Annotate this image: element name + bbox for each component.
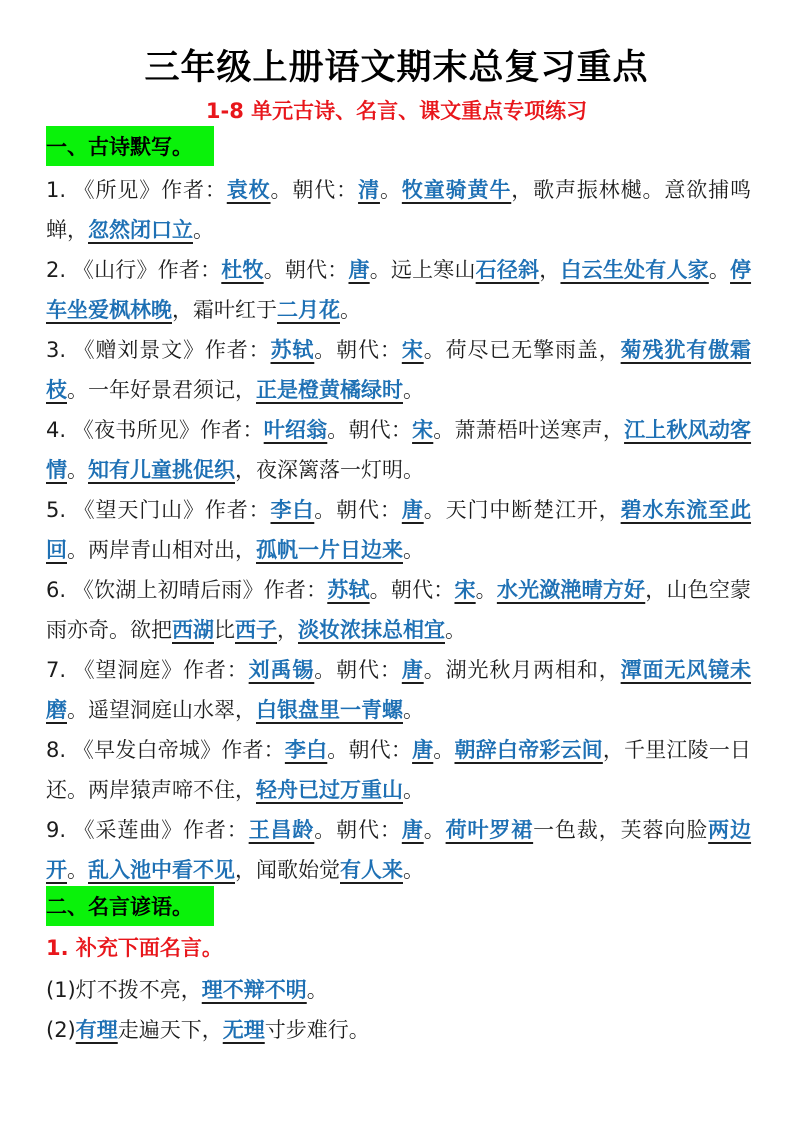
prompt-text: 。: [476, 578, 497, 602]
prompt-text: 。荷尽已无擎雨盖，: [424, 338, 621, 362]
poem-author: 李白: [271, 498, 315, 522]
dynasty-label: 。朝代：: [314, 498, 402, 522]
answer-text: 西湖: [172, 618, 214, 642]
prompt-text: 。萧萧梧叶送寒声，: [433, 418, 624, 442]
prompt-text: ，: [539, 258, 560, 282]
poem-title: 3. 《赠刘景文》作者：: [46, 338, 271, 362]
poem-item: 1. 《所见》作者：袁枚。朝代：清。牧童骑黄牛，歌声振林樾。意欲捕鸣蝉，忽然闭口…: [46, 170, 751, 250]
answer-text: 有理: [76, 1018, 118, 1042]
prompt-text: 。: [403, 538, 424, 562]
section-header-poems: 一、古诗默写。: [46, 126, 214, 166]
answer-text: 西子: [235, 618, 277, 642]
prompt-text: 。: [193, 218, 214, 242]
dynasty-label: 。朝代：: [370, 578, 455, 602]
poem-item: 8. 《早发白帝城》作者：李白。朝代：唐。朝辞白帝彩云间，千里江陵一日还。两岸猿…: [46, 730, 751, 810]
poem-dynasty: 唐: [348, 258, 369, 282]
prompt-text: 。: [403, 778, 424, 802]
answer-text: 正是橙黄橘绿时: [256, 378, 403, 402]
dynasty-label: 。朝代：: [314, 818, 402, 842]
dynasty-label: 。朝代：: [327, 418, 412, 442]
answer-text: 乱入池中看不见: [88, 858, 235, 882]
prompt-text: ，: [277, 618, 298, 642]
poem-dynasty: 清: [358, 178, 380, 202]
document-subtitle: 1-8 单元古诗、名言、课文重点专项练习: [0, 95, 793, 125]
poem-dynasty: 宋: [412, 418, 433, 442]
section-header-sayings: 二、名言谚语。: [46, 886, 214, 926]
answer-text: 朝辞白帝彩云间: [454, 738, 602, 762]
prompt-text: 。遥望洞庭山水翠，: [67, 698, 256, 722]
poem-author: 王昌龄: [249, 818, 315, 842]
answer-text: 轻舟已过万重山: [256, 778, 403, 802]
answer-text: 有人来: [340, 858, 403, 882]
prompt-text: 。: [67, 858, 88, 882]
dynasty-label: 。朝代：: [271, 178, 359, 202]
poem-item: 3. 《赠刘景文》作者：苏轼。朝代：宋。荷尽已无擎雨盖，菊残犹有傲霜枝。一年好景…: [46, 330, 751, 410]
poem-author: 苏轼: [271, 338, 315, 362]
prompt-text: 比: [214, 618, 235, 642]
answer-text: 理不辩不明: [202, 978, 307, 1002]
dynasty-label: 。朝代：: [327, 738, 412, 762]
poem-dynasty: 宋: [454, 578, 475, 602]
prompt-text: 。: [67, 458, 88, 482]
poem-dynasty: 唐: [412, 738, 433, 762]
poem-item: 4. 《夜书所见》作者：叶绍翁。朝代：宋。萧萧梧叶送寒声，江上秋风动客情。知有儿…: [46, 410, 751, 490]
prompt-text: 。: [445, 618, 466, 642]
poem-dynasty: 唐: [402, 498, 424, 522]
poem-author: 袁枚: [227, 178, 271, 202]
poem-title: 5. 《望天门山》作者：: [46, 498, 271, 522]
document-title: 三年级上册语文期末总复习重点: [0, 40, 793, 90]
answer-text: 白云生处有人家: [560, 258, 708, 282]
prompt-text: ，霜叶红于: [172, 298, 277, 322]
prompt-text: 走遍天下，: [118, 1018, 223, 1042]
poem-item: 5. 《望天门山》作者：李白。朝代：唐。天门中断楚江开，碧水东流至此回。两岸青山…: [46, 490, 751, 570]
answer-text: 水光潋滟晴方好: [497, 578, 645, 602]
poem-title: 2. 《山行》作者：: [46, 258, 221, 282]
prompt-text: ，夜深篱落一灯明。: [235, 458, 424, 482]
prompt-text: 。: [380, 178, 402, 202]
prompt-text: 。: [709, 258, 730, 282]
prompt-text: 。: [424, 818, 446, 842]
poem-author: 苏轼: [327, 578, 369, 602]
answer-text: 牧童骑黄牛: [402, 178, 511, 202]
prompt-text: 。: [403, 858, 424, 882]
prompt-text: 。天门中断楚江开，: [424, 498, 621, 522]
prompt-text: 。: [307, 978, 328, 1002]
prompt-text: (1)灯不拨不亮，: [46, 978, 202, 1002]
saying-item: (2)有理走遍天下，无理寸步难行。: [46, 1010, 370, 1050]
dynasty-label: 。朝代：: [314, 658, 402, 682]
poem-author: 刘禹锡: [249, 658, 315, 682]
prompt-text: 。两岸青山相对出，: [67, 538, 256, 562]
poem-title: 4. 《夜书所见》作者：: [46, 418, 264, 442]
answer-text: 无理: [223, 1018, 265, 1042]
answer-text: 忽然闭口立: [88, 218, 193, 242]
prompt-text: 寸步难行。: [265, 1018, 370, 1042]
poem-item: 7. 《望洞庭》作者：刘禹锡。朝代：唐。湖光秋月两相和，潭面无风镜未磨。遥望洞庭…: [46, 650, 751, 730]
poem-item: 9. 《采莲曲》作者：王昌龄。朝代：唐。荷叶罗裙一色裁，芙蓉向脸两边开。乱入池中…: [46, 810, 751, 890]
answer-text: 石径斜: [476, 258, 540, 282]
poem-title: 7. 《望洞庭》作者：: [46, 658, 249, 682]
answer-text: 孤帆一片日边来: [256, 538, 403, 562]
poem-item: 6. 《饮湖上初晴后雨》作者：苏轼。朝代：宋。水光潋滟晴方好，山色空蒙雨亦奇。欲…: [46, 570, 751, 650]
poem-dynasty: 唐: [402, 658, 424, 682]
answer-text: 荷叶罗裙: [446, 818, 534, 842]
answer-text: 二月花: [277, 298, 340, 322]
poem-dynasty: 宋: [402, 338, 424, 362]
poem-author: 李白: [285, 738, 327, 762]
poem-title: 1. 《所见》作者：: [46, 178, 227, 202]
answer-text: 淡妆浓抹总相宜: [298, 618, 445, 642]
prompt-text: 。湖光秋月两相和，: [424, 658, 621, 682]
poem-author: 杜牧: [221, 258, 263, 282]
dynasty-label: 。朝代：: [264, 258, 349, 282]
dynasty-label: 。朝代：: [314, 338, 402, 362]
prompt-text: (2): [46, 1018, 76, 1042]
sayings-subheading: 1. 补充下面名言。: [46, 930, 223, 966]
answer-text: 白银盘里一青螺: [256, 698, 403, 722]
poem-dynasty: 唐: [402, 818, 424, 842]
poem-title: 8. 《早发白帝城》作者：: [46, 738, 285, 762]
prompt-text: 。: [403, 698, 424, 722]
prompt-text: 。一年好景君须记，: [67, 378, 256, 402]
answer-text: 知有儿童挑促织: [88, 458, 235, 482]
poem-title: 9. 《采莲曲》作者：: [46, 818, 249, 842]
saying-item: (1)灯不拨不亮，理不辩不明。: [46, 970, 328, 1010]
prompt-text: 一色裁，芙蓉向脸: [533, 818, 708, 842]
prompt-text: 。远上寒山: [370, 258, 476, 282]
poem-item: 2. 《山行》作者：杜牧。朝代：唐。远上寒山石径斜，白云生处有人家。停车坐爱枫林…: [46, 250, 751, 330]
prompt-text: 。: [340, 298, 361, 322]
prompt-text: 。: [403, 378, 424, 402]
prompt-text: 。: [433, 738, 454, 762]
poem-author: 叶绍翁: [264, 418, 328, 442]
poem-title: 6. 《饮湖上初晴后雨》作者：: [46, 578, 327, 602]
prompt-text: ，闻歌始觉: [235, 858, 340, 882]
